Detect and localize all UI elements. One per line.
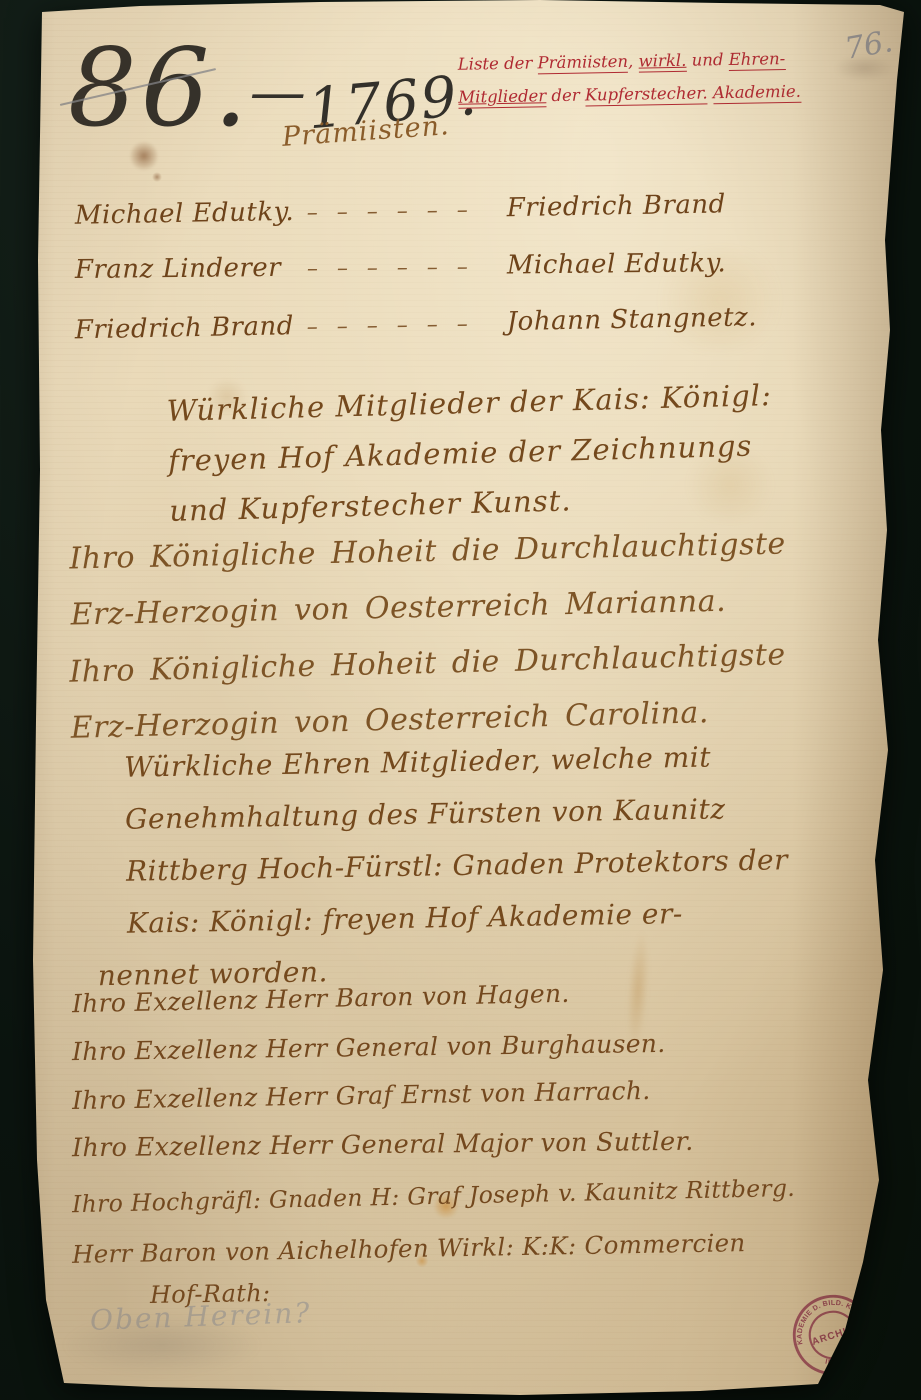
faint-pencil-note: Oben Herein? xyxy=(89,1296,311,1337)
premiate-right-name: Johann Stangnetz. xyxy=(506,301,847,338)
premiate-left-name: Michael Edutky. xyxy=(75,197,307,231)
paper-shadow-wrap: 86.—1769. Prämiisten. Liste der Prämiist… xyxy=(0,0,921,1400)
red-text-underlined: Mitglieder xyxy=(458,86,546,109)
premiate-right-name: Friedrich Brand xyxy=(506,187,846,223)
ink-stain xyxy=(152,172,162,182)
red-text-underlined: Prämiisten xyxy=(537,52,628,75)
honorary-member-line: Ihro Exzellenz Herr General von Burghaus… xyxy=(72,1029,666,1066)
honorary-member-line: Herr Baron von Aichelhofen Wirkl: K:K: C… xyxy=(72,1228,746,1269)
red-text: Liste der xyxy=(458,53,538,73)
honorary-member-line: Ihro Hochgräfl: Gnaden H: Graf Joseph v.… xyxy=(72,1174,796,1218)
premiate-left-name: Friedrich Brand xyxy=(75,311,308,345)
red-text: der xyxy=(546,86,585,106)
red-text-underlined: Ehren- xyxy=(729,49,786,71)
archive-number: 86. xyxy=(68,26,252,151)
red-text: und xyxy=(686,50,729,70)
red-annotation: Liste der Prämiisten, wirkl. und Ehren- … xyxy=(457,40,888,113)
red-text-underlined: Kupferstecher. xyxy=(585,83,708,106)
red-annotation-line2: Mitglieder der Kupferstecher. Akademie. xyxy=(458,73,889,113)
manuscript-page: 86.—1769. Prämiisten. Liste der Prämiist… xyxy=(0,0,921,1400)
dash-leader: – – – – – – xyxy=(307,197,507,225)
red-text-underlined: Akademie. xyxy=(713,82,801,105)
honorary-member-line: Ihro Exzellenz Herr General Major von Su… xyxy=(72,1127,694,1164)
premiate-list: Michael Edutky. – – – – – – Friedrich Br… xyxy=(75,194,847,365)
red-text-underlined: wirkl. xyxy=(638,51,686,73)
dash-leader: – – – – – – xyxy=(307,311,507,340)
honorary-member-line: Ihro Exzellenz Herr Graf Ernst von Harra… xyxy=(72,1076,651,1115)
premiate-row: Friedrich Brand – – – – – – Johann Stang… xyxy=(75,301,848,373)
stamp-center-text: ARCHIV xyxy=(811,1324,856,1348)
archive-stamp: AKADEMIE D. BILD. KÜNSTE IN WIEN ARCHIV xyxy=(779,1281,887,1389)
archive-stamp-svg: AKADEMIE D. BILD. KÜNSTE IN WIEN ARCHIV xyxy=(779,1281,887,1389)
premiate-left-name: Franz Linderer xyxy=(75,253,307,285)
red-text: , xyxy=(628,52,639,71)
honorary-intro-paragraph: Würkliche Ehren Mitglieder, welche mit G… xyxy=(124,730,790,1002)
premiate-right-name: Michael Edutky. xyxy=(507,247,847,281)
photo-backdrop: 86.—1769. Prämiisten. Liste der Prämiist… xyxy=(0,0,921,1400)
dash-leader: – – – – – – xyxy=(307,255,507,282)
members-intro-paragraph: Würkliche Mitglieder der Kais: Königl: f… xyxy=(166,370,775,536)
header-dash: — xyxy=(250,60,306,125)
royal-member-entry: Ihro Königliche Hoheit die Durchlauchtig… xyxy=(69,517,788,644)
stamp-ring-bottom-text: IN WIEN xyxy=(822,1347,859,1370)
